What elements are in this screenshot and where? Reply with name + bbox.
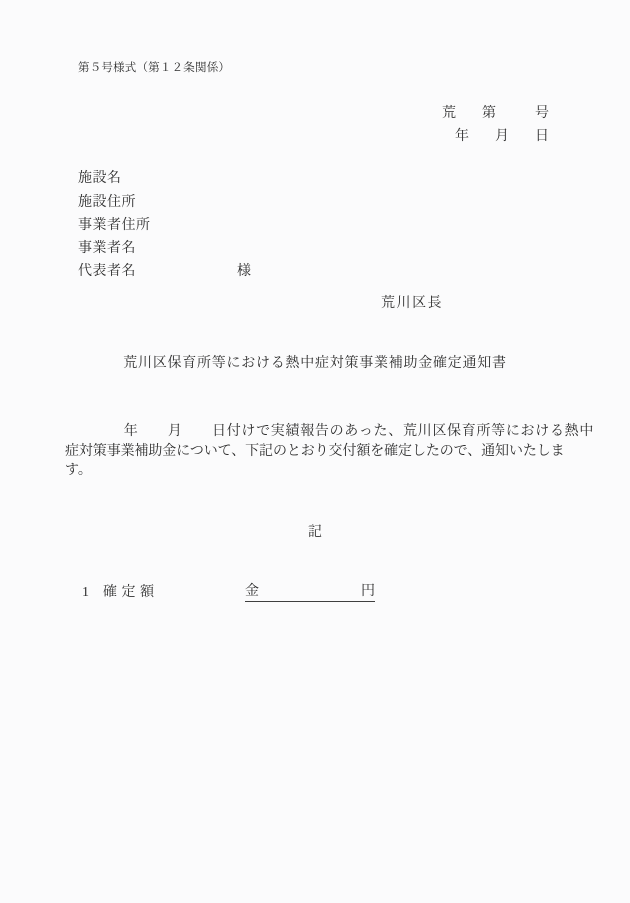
recipient-operator-name-label: 事業者名 [78,241,136,257]
item-label-confirmed-amount: 確定額 [103,585,159,601]
doc-number-suffix: 号 [535,106,549,122]
doc-number-label: 第 [482,106,496,122]
ki-section-marker: 記 [0,525,630,541]
doc-number-prefix: 荒 [442,106,456,122]
amount-blank-field: 金 円 [245,584,375,602]
recipient-operator-address-label: 事業者住所 [78,218,151,234]
date-year-label: 年 [455,129,469,145]
body-paragraph-line: す。 [65,463,570,479]
amount-prefix-yen-kanji: 金 [245,584,259,601]
recipient-facility-name-label: 施設名 [78,171,122,187]
recipient-honorific: 様 [237,264,251,280]
date-month-label: 月 [495,129,509,145]
form-caption: 第５号様式（第１２条関係） [78,62,230,75]
document-title: 荒川区保育所等における熱中症対策事業補助金確定通知書 [0,356,630,372]
item-number: 1 [82,585,89,601]
recipient-representative-name-label: 代表者名 [78,264,136,280]
recipient-facility-address-label: 施設住所 [78,195,136,211]
date-day-label: 日 [535,129,549,145]
amount-unit-en-kanji: 円 [361,584,375,601]
sender-name: 荒川区長 [381,296,443,312]
body-paragraph-line: 症対策事業補助金について、下記のとおり交付額を確定したので、通知いたしま [65,444,570,460]
document-page: 第５号様式（第１２条関係） 荒 第 号 年 月 日 施設名 施設住所 事業者住所… [0,0,630,903]
body-paragraph-line: 年 月 日付けで実績報告のあった、荒川区保育所等における熱中 [65,424,570,440]
